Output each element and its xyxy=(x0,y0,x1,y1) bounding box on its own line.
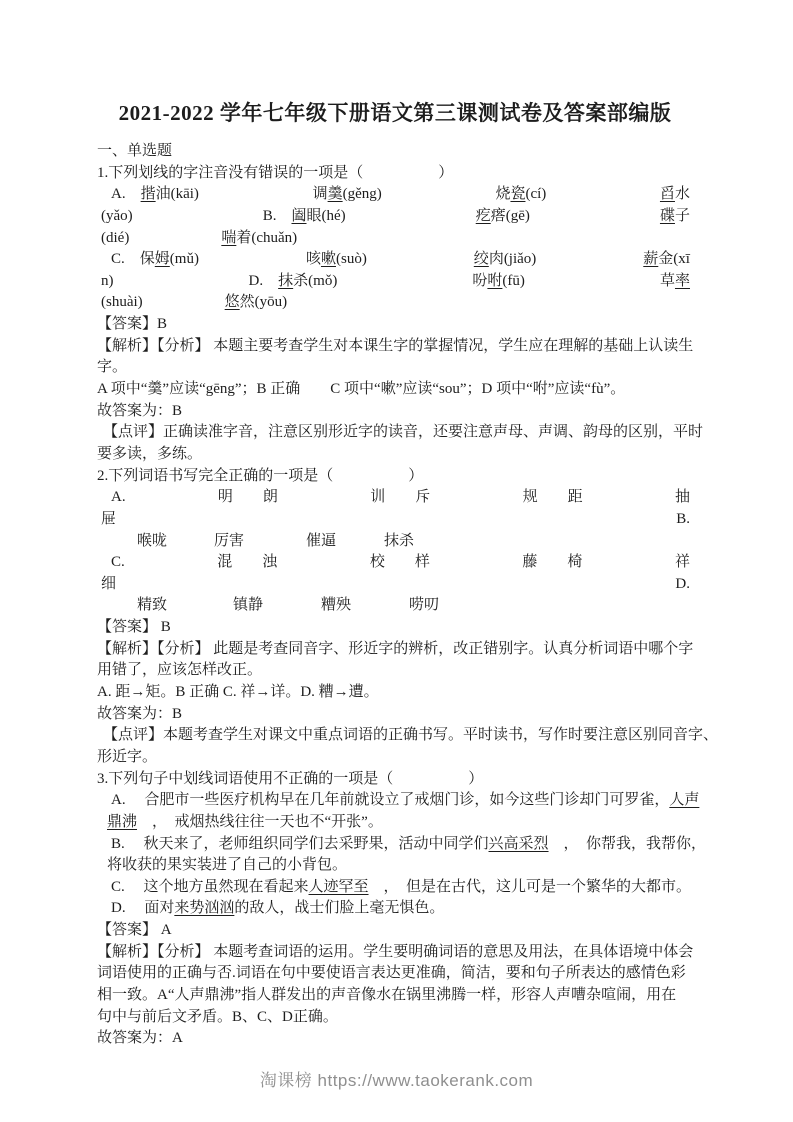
underlined-text: 兴高采烈 xyxy=(489,836,549,852)
underlined-text: 薪 xyxy=(643,251,658,267)
page-title: 2021-2022 学年七年级下册语文第三课测试卷及答案部编版 xyxy=(92,97,698,127)
answer-line: 【答案】 B xyxy=(92,617,690,639)
text-run: (fū) xyxy=(502,273,525,289)
text-run: 子 xyxy=(675,208,690,224)
text-run: (gěng) xyxy=(343,186,382,202)
underlined-text: 人迹罕至 xyxy=(309,879,369,895)
text-segment: 屉 xyxy=(101,509,116,531)
text-run: 将收获的果实装进了自己的小背包。 xyxy=(107,857,347,873)
spacer xyxy=(263,608,321,609)
spacer xyxy=(244,544,306,545)
underlined-text: 阖 xyxy=(291,208,306,224)
analysis-line: 【解析】【分析】 本题考查词语的运用。学生要明确词语的意思及用法，在具体语境中体… xyxy=(92,942,690,964)
text-segment: 抽 xyxy=(675,487,690,509)
text-run: 镇静 xyxy=(233,597,263,613)
document-page: 2021-2022 学年七年级下册语文第三课测试卷及答案部编版 一、单选题1.下… xyxy=(0,0,793,1122)
text-run: (dié) xyxy=(101,230,129,246)
text-run: 催逼 xyxy=(306,533,336,549)
text-segment: D. 抹杀(mǒ) xyxy=(249,271,338,293)
text-segment: A. xyxy=(111,487,126,509)
analysis-line: A. 距→矩。B 正确 C. 祥→详。D. 糟→遭。 xyxy=(92,682,690,704)
text-run: 故答案为：B xyxy=(97,403,182,419)
underlined-text: 瓷 xyxy=(510,186,525,202)
comment-line: 【点评】本题考查学生对课文中重点词语的正确书写。平时读书，写作时要注意区别同音字… xyxy=(92,725,690,747)
text-run: 【点评】正确读准字音，注意区别形近字的读音，还要注意声母、声调、韵母的区别，平时 xyxy=(103,424,703,440)
text-run: 相一致。A“人声鼎沸”指人群发出的声音像水在锅里沸腾一样，形容人声嘈杂喧闹，用在 xyxy=(97,987,676,1003)
question-stem: 1.下列划线的字注音没有错误的一项是（ ） xyxy=(92,163,690,185)
text-run: A 项中“羹”应读“gēng”；B 正确 C 项中“嗽”应读“sou”；D 项中… xyxy=(97,381,625,397)
text-run: 用错了，应该怎样改正。 xyxy=(97,662,262,678)
text-segment: B. 阖眼(hé) xyxy=(263,206,346,228)
spacer xyxy=(129,241,221,242)
text-segment: C. xyxy=(111,552,125,574)
option-line: C.混 浊校 样藤 椅祥 xyxy=(92,552,690,574)
text-run: 词语使用的正确与否.词语在句中要使语言表达更准确，简洁，要和句子所表达的感情色彩 xyxy=(97,965,686,981)
text-segment: 明 朗 xyxy=(218,487,278,509)
text-run: D. 面对 xyxy=(111,900,174,916)
analysis-line: 字。 xyxy=(92,357,690,379)
text-run: 3.下列句子中划线词语使用不正确的一项是（ ） xyxy=(97,771,483,787)
text-run: 瘩(gē) xyxy=(491,208,530,224)
spacer xyxy=(336,544,384,545)
text-run: (cí) xyxy=(525,186,546,202)
text-segment: 疙瘩(gē) xyxy=(476,206,530,228)
spacer xyxy=(167,608,233,609)
text-segment: 调羹(gěng) xyxy=(313,184,382,206)
text-run: 抽 xyxy=(675,489,690,505)
text-segment: 训 斥 xyxy=(370,487,430,509)
text-run: 【解析】【分析】 本题主要考查学生对本课生字的掌握情况，学生应在理解的基础上认读… xyxy=(97,338,693,354)
text-run: 然(yōu) xyxy=(240,294,288,310)
answer-line: 【答案】 A xyxy=(92,920,690,942)
document-lines: 一、单选题1.下列划线的字注音没有错误的一项是（ ）A. 揩油(kāi)调羹(g… xyxy=(92,141,690,1050)
text-segment: 藤 椅 xyxy=(522,552,582,574)
text-run: A. 合肥市一些医疗机构早在几年前就设立了戒烟门诊，如今这些门诊却门可罗雀， xyxy=(111,792,669,808)
analysis-line: A 项中“羹”应读“gēng”；B 正确 C 项中“嗽”应读“sou”；D 项中… xyxy=(92,379,690,401)
underlined-text: 绞 xyxy=(474,251,489,267)
text-run: 一、单选题 xyxy=(97,143,172,159)
text-run: 【点评】本题考查学生对课文中重点词语的正确书写。平时读书，写作时要注意区别同音字… xyxy=(103,727,718,743)
conclusion-line: 故答案为：B xyxy=(92,401,690,423)
text-run: 草 xyxy=(660,273,675,289)
text-run: 油(kāi) xyxy=(156,186,199,202)
underlined-text: 来势汹汹 xyxy=(174,900,234,916)
text-run: 2.下列词语书写完全正确的一项是（ ） xyxy=(97,468,423,484)
text-segment: 绞肉(jiǎo) xyxy=(474,249,537,271)
analysis-line: 词语使用的正确与否.词语在句中要使语言表达更准确，简洁，要和句子所表达的感情色彩 xyxy=(92,963,690,985)
text-segment: 规 距 xyxy=(523,487,583,509)
text-run: C. 这个地方虽然现在看起来 xyxy=(111,879,309,895)
text-run: 字。 xyxy=(97,359,127,375)
text-run: ， 你帮我，我帮你， xyxy=(549,836,707,852)
text-run: (yǎo) xyxy=(101,208,133,224)
conclusion-line: 故答案为：A xyxy=(92,1028,690,1050)
text-segment: 碟子 xyxy=(660,206,690,228)
text-run: 唠叨 xyxy=(409,597,439,613)
underlined-text: 羹 xyxy=(328,186,343,202)
text-segment: B. xyxy=(676,509,690,531)
text-run: 金(xī xyxy=(658,251,690,267)
section-heading: 一、单选题 xyxy=(92,141,690,163)
underlined-text: 鼎沸 xyxy=(107,814,137,830)
text-segment: A. 揩油(kāi) xyxy=(111,184,199,206)
text-segment: 咳嗽(suò) xyxy=(306,249,367,271)
text-run: 故答案为：B xyxy=(97,706,182,722)
spacer xyxy=(143,305,225,306)
underlined-text: 嗽 xyxy=(321,251,336,267)
text-run: B. 秋天来了，老师组织同学们去采野果，活动中同学们 xyxy=(111,836,489,852)
text-run: 烧 xyxy=(495,186,510,202)
analysis-line: 相一致。A“人声鼎沸”指人群发出的声音像水在锅里沸腾一样，形容人声嘈杂喧闹，用在 xyxy=(92,985,690,1007)
text-segment: 混 浊 xyxy=(217,552,277,574)
text-run: 眼(hé) xyxy=(307,208,346,224)
text-segment: 吩咐(fū) xyxy=(472,271,525,293)
text-run: 【答案】 B xyxy=(97,619,171,635)
underlined-text: 率 xyxy=(675,273,690,289)
text-run: (mǔ) xyxy=(170,251,199,267)
text-run: 要多读，多练。 xyxy=(97,446,202,462)
text-run: B. xyxy=(263,208,292,224)
question-stem: 3.下列句子中划线词语使用不正确的一项是（ ） xyxy=(92,769,690,791)
comment-line: 【点评】正确读准字音，注意区别形近字的读音，还要注意声母、声调、韵母的区别，平时 xyxy=(92,422,690,444)
text-run: 肉(jiǎo) xyxy=(489,251,536,267)
text-run: 【解析】【分析】 本题考查词语的运用。学生要明确词语的意思及用法，在具体语境中体… xyxy=(97,944,693,960)
text-run: 糟殃 xyxy=(321,597,351,613)
underlined-text: 抹 xyxy=(278,273,293,289)
option-line: (shuài)悠然(yōu) xyxy=(92,292,690,314)
option-line: A.明 朗训 斥规 距抽 xyxy=(92,487,690,509)
text-segment: 舀水 xyxy=(660,184,690,206)
option-line: A. 揩油(kāi)调羹(gěng)烧瓷(cí)舀水 xyxy=(92,184,690,206)
text-run: 水 xyxy=(675,186,690,202)
text-run: 【解析】【分析】 此题是考查同音字、形近字的辨析，改正错别字。认真分析词语中哪个… xyxy=(97,641,693,657)
text-run: 屉 xyxy=(101,511,116,527)
option-line: n)D. 抹杀(mǒ)吩咐(fū)草率 xyxy=(92,271,690,293)
option-line: 细D. xyxy=(92,574,690,596)
option-line: (dié)喘着(chuǎn) xyxy=(92,228,690,250)
watermark-footer: 淘课榜 https://www.taokerank.com xyxy=(0,1066,793,1091)
text-run: 喉咙 xyxy=(137,533,167,549)
text-run: 咳 xyxy=(306,251,321,267)
analysis-line: 【解析】【分析】 此题是考查同音字、形近字的辨析，改正错别字。认真分析词语中哪个… xyxy=(92,639,690,661)
option-line: A. 合肥市一些医疗机构早在几年前就设立了戒烟门诊，如今这些门诊却门可罗雀，人声 xyxy=(92,790,690,812)
spacer xyxy=(167,544,214,545)
text-segment: 草率 xyxy=(660,271,690,293)
text-run: A. xyxy=(111,489,126,505)
text-run: 保 xyxy=(140,251,155,267)
text-run: 抹杀 xyxy=(384,533,414,549)
text-run: (suò) xyxy=(336,251,367,267)
option-line: 喉咙厉害催逼抹杀 xyxy=(92,531,690,553)
underlined-text: 揩 xyxy=(141,186,156,202)
text-run: ， 戒烟热线往往一天也不“开张”。 xyxy=(137,814,383,830)
text-run: (shuài) xyxy=(101,294,143,310)
spacer xyxy=(351,608,409,609)
text-run: 吩 xyxy=(472,273,487,289)
text-run: 规 距 xyxy=(523,489,583,505)
conclusion-line: 故答案为：B xyxy=(92,704,690,726)
text-run: 【答案】 A xyxy=(97,922,172,938)
text-run: B. xyxy=(676,511,690,527)
option-line: 屉B. xyxy=(92,509,690,531)
text-run: 故答案为：A xyxy=(97,1030,183,1046)
underlined-text: 疙 xyxy=(476,208,491,224)
text-segment: 细 xyxy=(101,574,116,596)
text-run: 形近字。 xyxy=(97,749,157,765)
text-run: A. xyxy=(111,186,141,202)
text-run: C. xyxy=(111,554,125,570)
question-stem: 2.下列词语书写完全正确的一项是（ ） xyxy=(92,466,690,488)
underlined-text: 人声 xyxy=(669,792,699,808)
text-run: 精致 xyxy=(137,597,167,613)
text-run: n) xyxy=(101,273,114,289)
text-run: 明 朗 xyxy=(218,489,278,505)
underlined-text: 喘 xyxy=(221,230,236,246)
comment-line: 要多读，多练。 xyxy=(92,444,690,466)
text-run: 1.下列划线的字注音没有错误的一项是（ ） xyxy=(97,165,453,181)
text-segment: C. 保姆(mǔ) xyxy=(111,249,199,271)
text-run: 句中与前后文矛盾。B、C、D正确。 xyxy=(97,1009,338,1025)
underlined-text: 悠 xyxy=(225,294,240,310)
text-run: 调 xyxy=(313,186,328,202)
text-segment: 校 样 xyxy=(370,552,430,574)
option-line: D. 面对来势汹汹的敌人，战士们脸上毫无惧色。 xyxy=(92,898,690,920)
text-segment: (yǎo) xyxy=(101,206,133,228)
text-run: 混 浊 xyxy=(217,554,277,570)
analysis-line: 用错了，应该怎样改正。 xyxy=(92,660,690,682)
underlined-text: 咐 xyxy=(487,273,502,289)
text-run: 细 xyxy=(101,576,116,592)
underlined-text: 舀 xyxy=(660,186,675,202)
text-run: 训 斥 xyxy=(370,489,430,505)
analysis-line: 【解析】【分析】 本题主要考查学生对本课生字的掌握情况，学生应在理解的基础上认读… xyxy=(92,336,690,358)
option-line: 鼎沸 ， 戒烟热线往往一天也不“开张”。 xyxy=(92,812,690,834)
text-segment: D. xyxy=(675,574,690,596)
text-run: A. 距→矩。B 正确 C. 祥→详。D. 糟→遭。 xyxy=(97,684,379,700)
comment-line: 形近字。 xyxy=(92,747,690,769)
text-run: C. xyxy=(111,251,140,267)
text-segment: 烧瓷(cí) xyxy=(495,184,546,206)
option-line: 将收获的果实装进了自己的小背包。 xyxy=(92,855,690,877)
text-run: D. xyxy=(675,576,690,592)
underlined-text: 姆 xyxy=(155,251,170,267)
text-run: 的敌人，战士们脸上毫无惧色。 xyxy=(234,900,444,916)
answer-line: 【答案】B xyxy=(92,314,690,336)
text-run: 杀(mǒ) xyxy=(293,273,337,289)
text-segment: 祥 xyxy=(675,552,690,574)
text-segment: n) xyxy=(101,271,114,293)
text-run: D. xyxy=(249,273,279,289)
underlined-text: 碟 xyxy=(660,208,675,224)
option-line: (yǎo)B. 阖眼(hé)疙瘩(gē)碟子 xyxy=(92,206,690,228)
analysis-line: 句中与前后文矛盾。B、C、D正确。 xyxy=(92,1007,690,1029)
option-line: C. 保姆(mǔ)咳嗽(suò)绞肉(jiǎo)薪金(xī xyxy=(92,249,690,271)
option-line: C. 这个地方虽然现在看起来人迹罕至 ， 但是在古代，这儿可是一个繁华的大都市。 xyxy=(92,877,690,899)
option-line: 精致镇静糟殃唠叨 xyxy=(92,595,690,617)
text-segment: 薪金(xī xyxy=(643,249,690,271)
text-run: 校 样 xyxy=(370,554,430,570)
text-run: 厉害 xyxy=(214,533,244,549)
text-run: ， 但是在古代，这儿可是一个繁华的大都市。 xyxy=(369,879,692,895)
option-line: B. 秋天来了，老师组织同学们去采野果，活动中同学们兴高采烈 ， 你帮我，我帮你… xyxy=(92,834,690,856)
text-run: 【答案】B xyxy=(97,316,167,332)
text-run: 祥 xyxy=(675,554,690,570)
text-run: 藤 椅 xyxy=(522,554,582,570)
text-run: 着(chuǎn) xyxy=(236,230,297,246)
